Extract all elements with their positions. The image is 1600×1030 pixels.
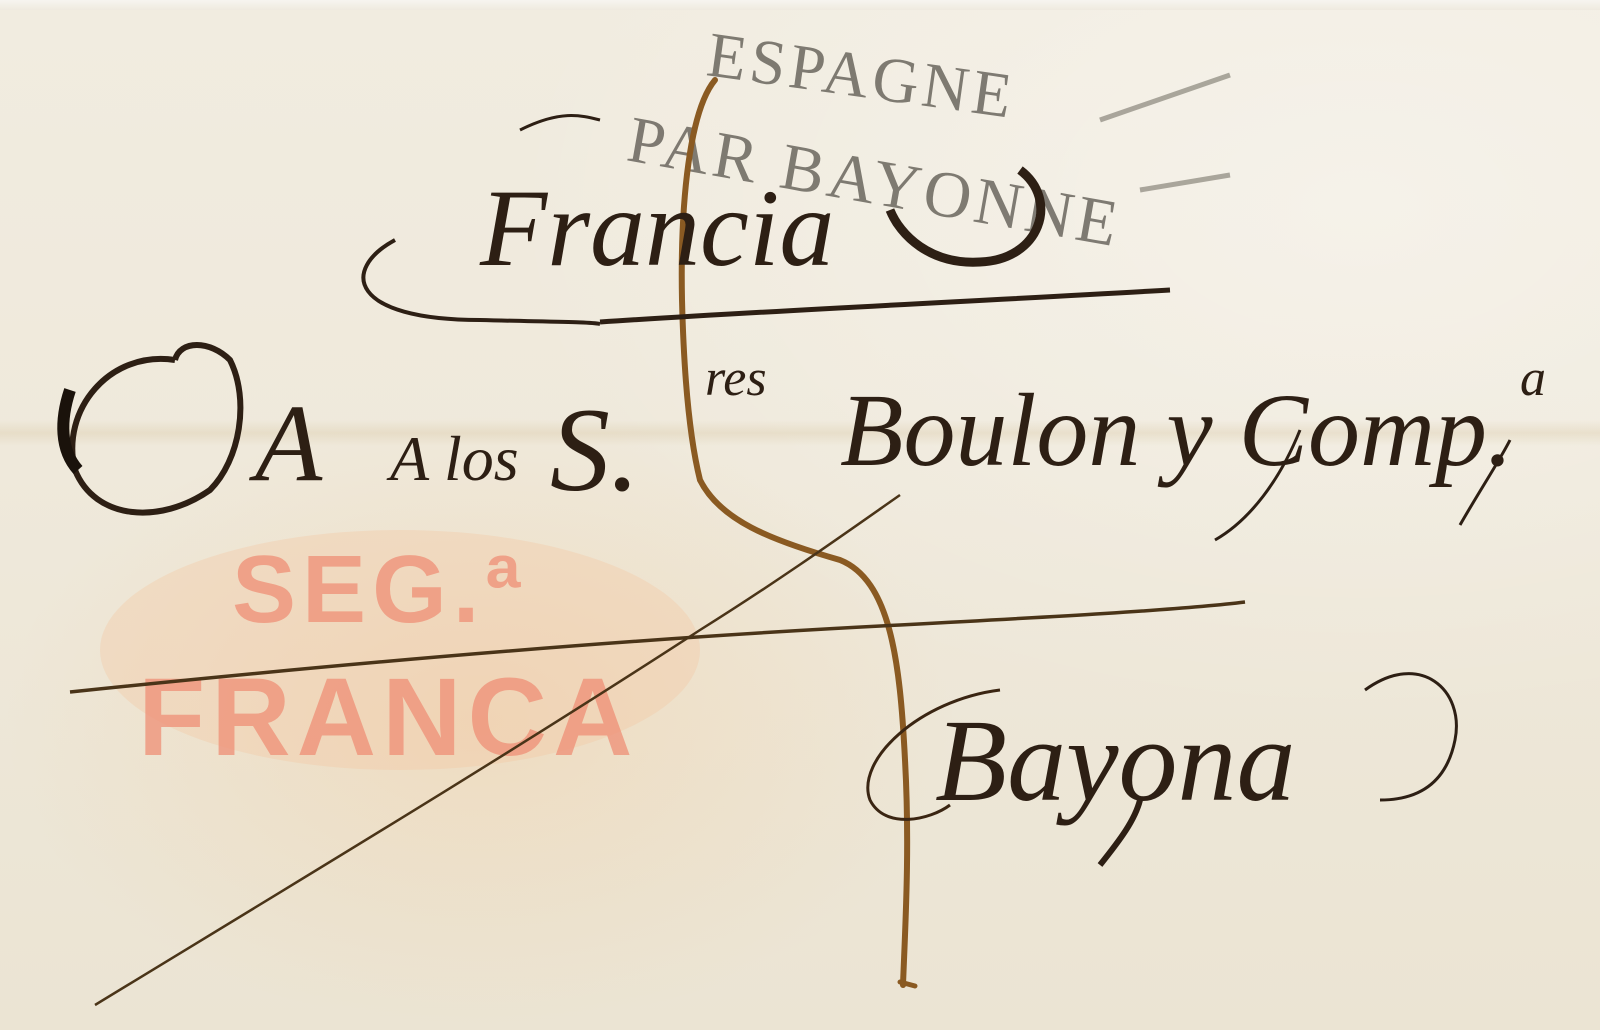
franca-postmark: SEG.ª FRANCA: [100, 530, 700, 779]
destination-manuscript: Bayona: [868, 674, 1457, 865]
destination-text: Bayona: [935, 695, 1295, 826]
addressee-prefix: A los: [386, 423, 519, 494]
ink-layer: SEG.ª FRANCA ESPAGNE PAR BAYONNE Francia…: [0, 0, 1600, 1030]
letter-cover: SEG.ª FRANCA ESPAGNE PAR BAYONNE Francia…: [0, 0, 1600, 1030]
origin-line-1: ESPAGNE: [703, 19, 1020, 132]
route-text: Francia: [479, 167, 834, 289]
addressee-manuscript: A A los S. res Boulon y Comp. a: [63, 345, 1546, 540]
addressee-name-sup: a: [1520, 350, 1546, 407]
addressee-prefix-letter: A: [248, 382, 323, 504]
addressee-title-sup: res: [705, 350, 767, 407]
addressee-title: S.: [550, 383, 640, 516]
addressee-name: Boulon y Comp.: [840, 373, 1513, 488]
franca-line-1: SEG.ª: [232, 536, 527, 643]
